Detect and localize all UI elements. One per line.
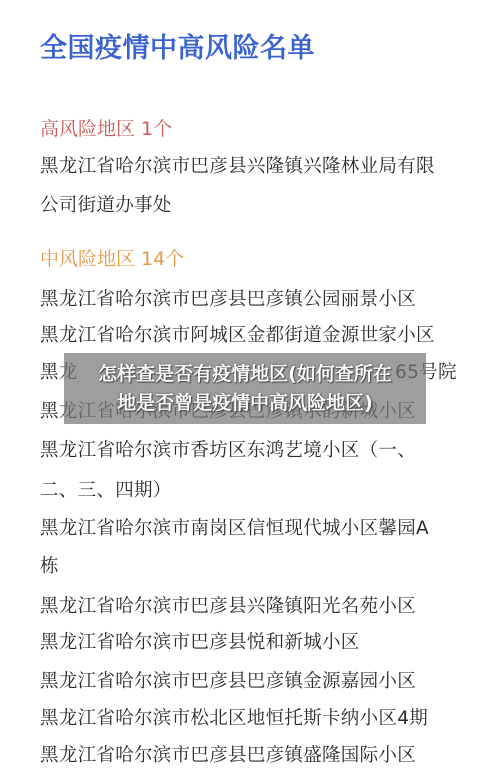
mid-risk-line: 黑龙江省哈尔滨市巴彦县悦和新城小区 (40, 628, 360, 654)
overlay-title-line-1: 怎样查是否有疫情地区(如何查所在 (98, 360, 392, 389)
high-risk-line: 黑龙江省哈尔滨市巴彦县兴隆镇兴隆林业局有限 (40, 152, 435, 178)
mid-risk-line: 黑龙江省哈尔滨市巴彦县兴隆镇阳光名苑小区 (40, 592, 416, 618)
article-title-overlay: 怎样查是否有疫情地区(如何查所在 地是否曾是疫情中高风险地区) (64, 353, 426, 424)
document-page: 全国疫情中高风险名单 高风险地区 1个 黑龙江省哈尔滨市巴彦县兴隆镇兴隆林业局有… (0, 0, 491, 773)
mid-risk-line: 黑龙江省哈尔滨市松北区地恒托斯卡纳小区4期 (40, 704, 428, 730)
mid-risk-heading: 中风险地区 14个 (40, 244, 184, 271)
mid-risk-line: 栋 (40, 552, 59, 578)
mid-risk-line: 黑龙江省哈尔滨市阿城区金都街道金源世家小区 (40, 321, 435, 347)
mid-risk-line: 二、三、四期） (40, 476, 172, 502)
high-risk-line: 公司街道办事处 (40, 191, 172, 217)
mid-risk-line: 黑龙江省哈尔滨市巴彦县巴彦镇盛隆国际小区 (40, 741, 416, 767)
high-risk-heading: 高风险地区 1个 (40, 114, 172, 141)
mid-risk-line: 黑龙江省哈尔滨市巴彦县巴彦镇金源嘉园小区 (40, 667, 416, 693)
mid-risk-line: 黑龙江省哈尔滨市香坊区东鸿艺境小区（一、 (40, 436, 416, 462)
mid-risk-line: 黑龙江省哈尔滨市南岗区信恒现代城小区馨园A (40, 514, 429, 540)
page-title: 全国疫情中高风险名单 (40, 26, 315, 65)
overlay-title-line-2: 地是否曾是疫情中高风险地区) (117, 389, 373, 418)
mid-risk-line: 黑龙江省哈尔滨市巴彦县巴彦镇公园丽景小区 (40, 285, 416, 311)
